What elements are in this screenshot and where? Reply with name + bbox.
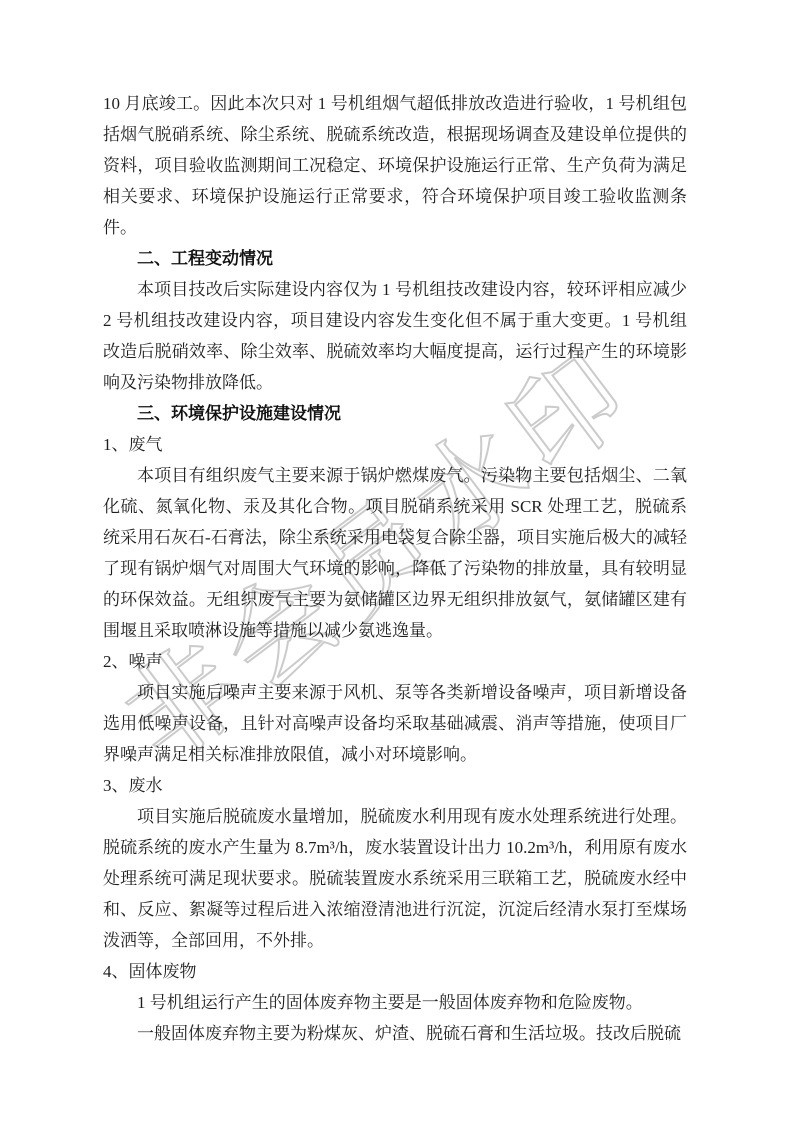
paragraph: 1 号机组运行产生的固体废弃物主要是一般固体废弃物和危险废物。 [103,987,687,1018]
list-item-label: 3、废水 [103,770,687,801]
document-page: 非会员水印 10 月底竣工。因此本次只对 1 号机组烟气超低排放改造进行验收，1… [0,0,793,1122]
paragraph: 本项目有组织废气主要来源于锅炉燃煤废气。污染物主要包括烟尘、二氧化硫、氮氧化物、… [103,460,687,646]
section-heading: 三、环境保护设施建设情况 [103,398,687,429]
paragraph: 项目实施后噪声主要来源于风机、泵等各类新增设备噪声，项目新增设备选用低噪声设备，… [103,677,687,770]
document-body: 10 月底竣工。因此本次只对 1 号机组烟气超低排放改造进行验收，1 号机组包括… [103,88,687,1049]
paragraph: 项目实施后脱硫废水量增加，脱硫废水利用现有废水处理系统进行处理。脱硫系统的废水产… [103,801,687,956]
list-item-label: 1、废气 [103,429,687,460]
list-item-label: 2、噪声 [103,646,687,677]
paragraph: 本项目技改后实际建设内容仅为 1 号机组技改建设内容，较环评相应减少 2 号机组… [103,274,687,398]
paragraph: 一般固体废弃物主要为粉煤灰、炉渣、脱硫石膏和生活垃圾。技改后脱硫 [103,1018,687,1049]
list-item-label: 4、固体废物 [103,956,687,987]
section-heading: 二、工程变动情况 [103,243,687,274]
paragraph: 10 月底竣工。因此本次只对 1 号机组烟气超低排放改造进行验收，1 号机组包括… [103,88,687,243]
